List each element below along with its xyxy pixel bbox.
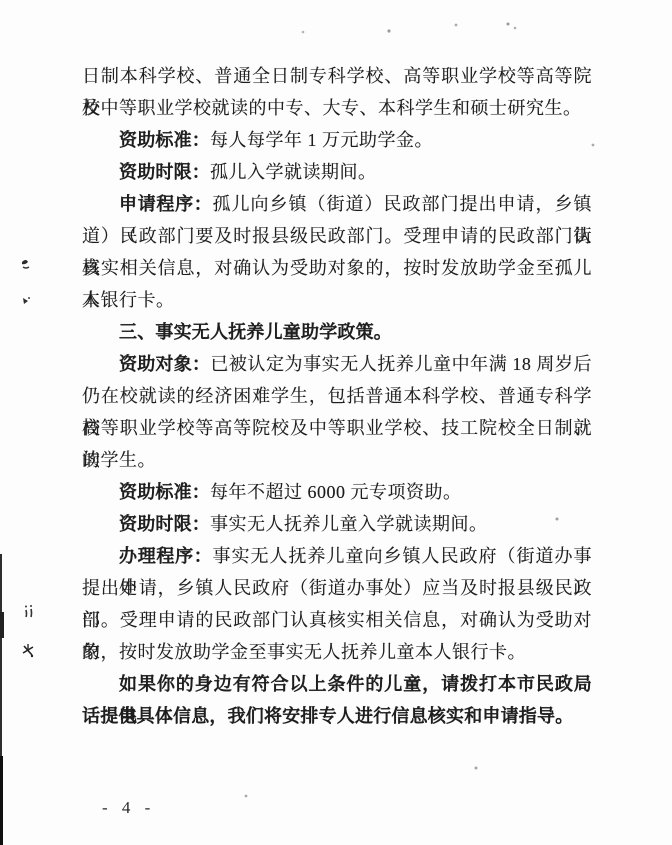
line-text: 孤儿入学就读期间。 bbox=[210, 162, 377, 182]
ink-mark bbox=[21, 642, 36, 659]
scan-edge-artifact-nub bbox=[0, 612, 4, 638]
text-line: 高等职业学校等高等院校及中等职业学校、技工院校全日制就读 bbox=[82, 412, 592, 444]
field-label: 资助时限： bbox=[119, 514, 210, 534]
line-text: 事实无人抚养儿童入学就读期间。 bbox=[210, 514, 488, 534]
ink-mark bbox=[20, 294, 32, 308]
section-heading: 三、事实无人抚养儿童助学政策。 bbox=[82, 316, 592, 348]
field-label: 办理程序： bbox=[119, 546, 213, 566]
line-text: 已被认定为事实无人抚养儿童中年满 18 周岁后 bbox=[210, 354, 592, 374]
field-label: 资助时限： bbox=[119, 162, 210, 182]
text-line: 资助时限：孤儿入学就读期间。 bbox=[82, 156, 592, 188]
document-body: 日制本科学校、普通全日制专科学校、高等职业学校等高等院校及中等职业学校就读的中专… bbox=[82, 60, 592, 732]
text-line: 话提供具体信息，我们将安排专人进行信息核实和申请指导。 bbox=[82, 700, 592, 732]
text-line: 如果你的身边有符合以上条件的儿童，请拨打本市民政局电 bbox=[82, 668, 592, 700]
line-text: 及中等职业学校就读的中专、大专、本科学生和硕士研究生。 bbox=[82, 98, 582, 118]
scan-noise-speckles bbox=[0, 0, 2, 2]
text-line: 日制本科学校、普通全日制专科学校、高等职业学校等高等院校 bbox=[82, 60, 592, 92]
text-line: 仍在校就读的经济困难学生，包括普通本科学校、普通专科学校、 bbox=[82, 380, 592, 412]
text-line: 资助对象：已被认定为事实无人抚养儿童中年满 18 周岁后 bbox=[82, 348, 592, 380]
line-text: 每人每学年 1 万元助学金。 bbox=[210, 130, 433, 150]
text-line: 的学生。 bbox=[82, 444, 592, 476]
ink-mark bbox=[23, 604, 36, 621]
text-line: 资助时限：事实无人抚养儿童入学就读期间。 bbox=[82, 508, 592, 540]
text-line: 门。受理申请的民政部门认真核实相关信息，对确认为受助对象 bbox=[82, 604, 592, 636]
line-text: 的，按时发放助学金至事实无人抚养儿童本人银行卡。 bbox=[82, 642, 526, 662]
text-line: 资助标准：每年不超过 6000 元专项资助。 bbox=[82, 476, 592, 508]
line-text: 话提供具体信息，我们将安排专人进行信息核实和申请指导。 bbox=[82, 706, 573, 726]
line-text: 三、事实无人抚养儿童助学政策。 bbox=[119, 322, 392, 342]
field-label: 资助标准： bbox=[119, 130, 210, 150]
field-label: 资助对象： bbox=[119, 354, 210, 374]
field-label: 申请程序： bbox=[119, 194, 213, 214]
text-line: 的，按时发放助学金至事实无人抚养儿童本人银行卡。 bbox=[82, 636, 592, 668]
ink-mark bbox=[19, 257, 32, 273]
page-number: - 4 - bbox=[102, 798, 155, 818]
line-text: 每年不超过 6000 元专项资助。 bbox=[210, 482, 462, 502]
scanned-page: 日制本科学校、普通全日制专科学校、高等职业学校等高等院校及中等职业学校就读的中专… bbox=[0, 0, 672, 845]
text-line: 人银行卡。 bbox=[82, 284, 592, 316]
text-line: 提出申请，乡镇人民政府（街道办事处）应当及时报县级民政部 bbox=[82, 572, 592, 604]
line-text: 的学生。 bbox=[82, 450, 156, 470]
text-line: 道）民政部门要及时报县级民政部门。受理申请的民政部门认真 bbox=[82, 220, 592, 252]
field-label: 资助标准： bbox=[119, 482, 210, 502]
scan-edge-artifact-bottom bbox=[0, 756, 3, 845]
line-text: 人银行卡。 bbox=[82, 290, 175, 310]
text-line: 核实相关信息，对确认为受助对象的，按时发放助学金至孤儿本 bbox=[82, 252, 592, 284]
text-line: 及中等职业学校就读的中专、大专、本科学生和硕士研究生。 bbox=[82, 92, 592, 124]
text-line: 申请程序：孤儿向乡镇（街道）民政部门提出申请，乡镇（街 bbox=[82, 188, 592, 220]
text-line: 资助标准：每人每学年 1 万元助学金。 bbox=[82, 124, 592, 156]
text-line: 办理程序：事实无人抚养儿童向乡镇人民政府（街道办事处） bbox=[82, 540, 592, 572]
